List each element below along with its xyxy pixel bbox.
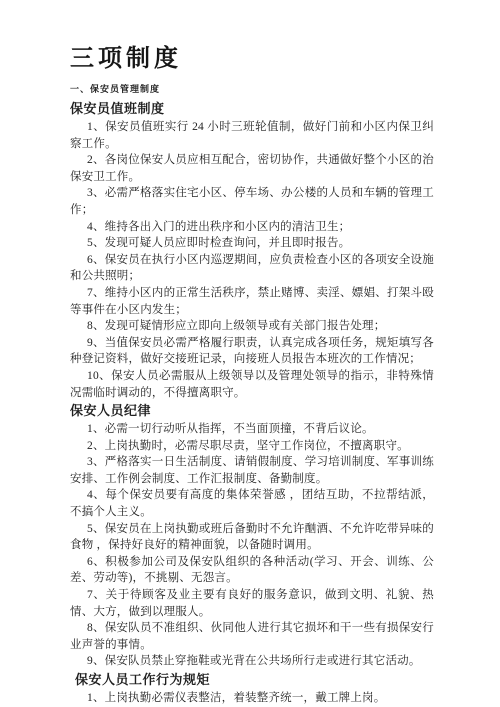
discipline-item: 3、严格落实一日生活制度、请销假制度、学习培训制度、军事训练安排、工作例会制度、… xyxy=(70,454,434,487)
discipline-item: 4、每个保安员要有高度的集体荣誉感 ，团结互助，不拉帮结派，不搞个人主义。 xyxy=(70,487,434,520)
section-heading-discipline: 保安人员纪律 xyxy=(70,403,434,419)
discipline-item: 8、保安队员不准组织、伙同他人进行其它损坏和干一些有损保安行业声誉的事情。 xyxy=(70,620,434,653)
discipline-item: 7、关于待顾客及业主要有良好的服务意识，做到文明、礼貌、热情、大方，做到以理服人… xyxy=(70,587,434,620)
discipline-item: 9、保安队员禁止穿拖鞋或光背在公共场所行走或进行其它活动。 xyxy=(70,653,434,670)
discipline-item: 2、上岗执勤时，必需尽职尽责，坚守工作岗位，不擅离职守。 xyxy=(70,438,434,455)
duty-item: 1、保安员值班实行 24 小时三班轮值制，做好门前和小区内保卫纠察工作。 xyxy=(70,119,434,152)
duty-item: 8、发现可疑情形应立即向上级领导或有关部门报告处理； xyxy=(70,318,434,335)
duty-item: 6、保安员在执行小区内巡逻期间，应负责检查小区的各项安全设施和公共照明； xyxy=(70,252,434,285)
duty-item: 10、保安人员必需服从上级领导以及管理处领导的指示，非特殊情况需临时调动的，不得… xyxy=(70,368,434,401)
duty-item: 9、当值保安员必需严格履行职责，认真完成各项任务，规矩填写各种登记资料，做好交接… xyxy=(70,335,434,368)
duty-item: 5、发现可疑人员应即时检查询问，并且即时报告。 xyxy=(70,235,434,252)
conduct-item: 1、上岗执勤必需仪表整洁，着装整齐统一，戴工牌上岗。 xyxy=(70,690,434,707)
section-heading-conduct: 保安人员工作行为规矩 xyxy=(70,672,434,688)
document-page: 三项制度 一、保安员管理制度 保安员值班制度 1、保安员值班实行 24 小时三班… xyxy=(0,0,500,707)
discipline-item: 1、必需一切行动听从指挥，不当面顶撞，不背后议论。 xyxy=(70,421,434,438)
chapter-heading: 一、保安员管理制度 xyxy=(70,83,434,95)
duty-item: 2、各岗位保安人员应相互配合，密切协作，共通做好整个小区的治保安卫工作。 xyxy=(70,152,434,185)
document-title: 三项制度 xyxy=(70,44,434,74)
discipline-item: 5、保安员在上岗执勤或班后备勤时不允许酗酒、不允许吃带异味的食物 ，保持好良好的… xyxy=(70,521,434,554)
duty-item: 4、维持各出入门的进出秩序和小区内的清洁卫生； xyxy=(70,219,434,236)
duty-item: 3、必需严格落实住宅小区、停车场、办公楼的人员和车辆的管理工作； xyxy=(70,185,434,218)
duty-item: 7、维持小区内的正常生活秩序，禁止赌博、卖淫、嫖娼、打架斗殴等事件在小区内发生； xyxy=(70,285,434,318)
discipline-item: 6、积极参加公司及保安队组织的各种活动(学习、开会、训练、公差、劳动等)，不挑剔… xyxy=(70,554,434,587)
section-heading-duty: 保安员值班制度 xyxy=(70,101,434,117)
